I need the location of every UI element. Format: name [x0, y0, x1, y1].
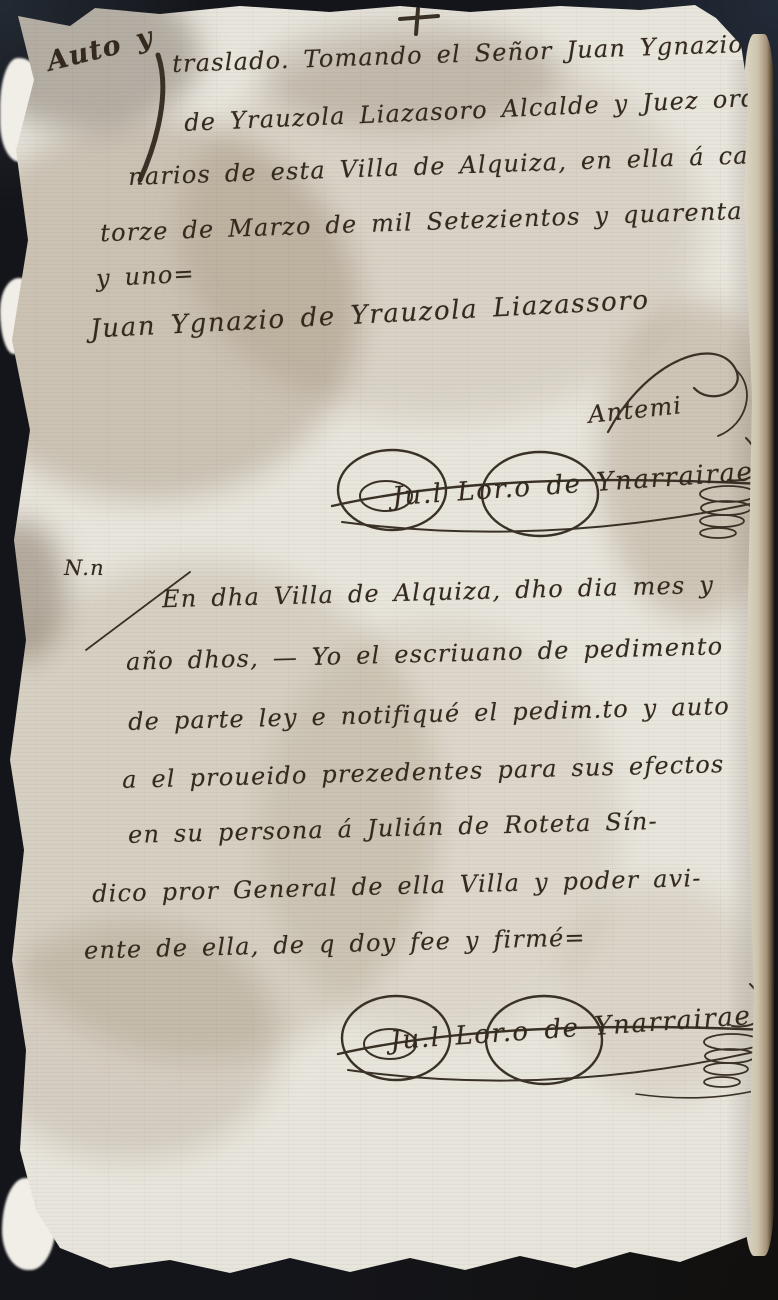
cross-mark-icon — [396, 6, 442, 40]
manuscript-page: Auto y traslado. Tomando el Señor Juan Y… — [0, 0, 778, 1300]
ante-mi-flourish-icon — [598, 340, 768, 440]
auto-line: y uno= — [95, 259, 195, 292]
